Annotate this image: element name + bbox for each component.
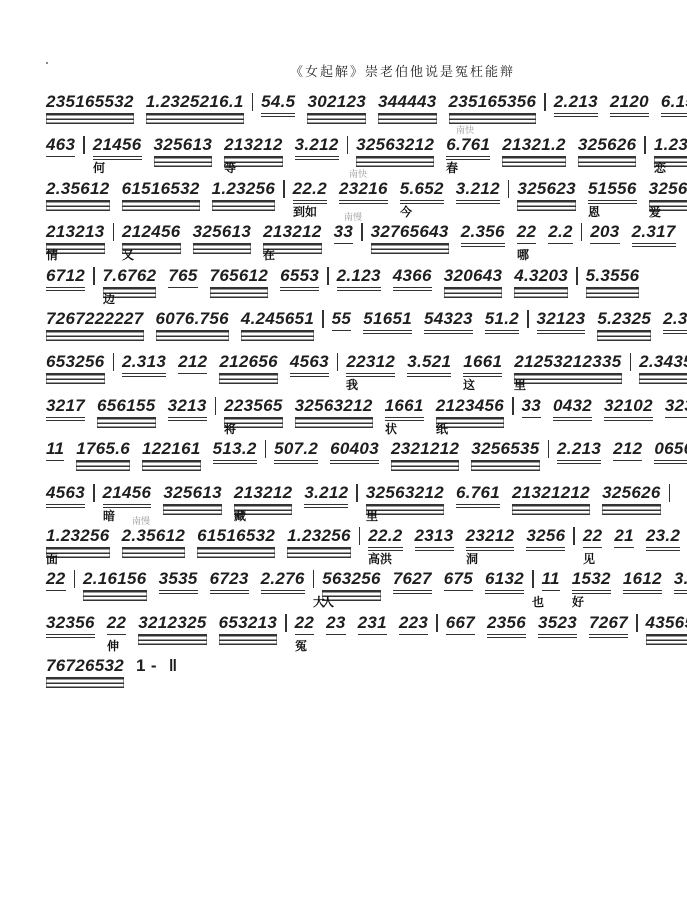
score-title: 《女起解》崇老伯他说是冤枉能辩 [290,61,515,80]
lyric-text: 里 [514,376,526,393]
barline [548,440,550,458]
note-group: 212456 [122,222,181,244]
lyric-text: 冤 [295,637,307,654]
note-group: 513.2 [213,439,257,464]
score-row: 222.16156353567232.276563256762767561321… [46,569,646,612]
note-group: 22.2 [293,179,327,204]
barline [512,397,514,415]
barline [322,310,324,328]
barline [532,570,534,588]
note-group: 325613 [193,222,252,244]
note-group: 2356 [487,613,526,638]
score-row: 6532562.3132122126564563223123.521166121… [46,352,646,395]
lyric-text: 里 [366,507,378,524]
lyric-text: 情 [46,246,58,263]
note-group: 3212325 [138,613,206,635]
notation-line: 21321321245632561321321233327656432.3562… [46,222,687,247]
lyric-text: 边 [103,290,115,307]
barline [215,397,217,415]
note-group: 3.521 [407,352,451,377]
barline [581,223,583,241]
note-group: 213212 [234,483,293,505]
note-group: 22 [46,569,66,591]
note-group: 212656 [219,352,278,374]
note-group: 6132 [485,569,524,594]
barline [74,570,76,588]
barline [283,180,285,198]
barline [347,136,349,154]
note-group: 213213 [46,222,105,244]
score-row: 3235622321232565321322232312236672356352… [46,613,646,656]
notation-line: 111765.6122161513.2507.26040323212123256… [46,439,687,464]
lyric-text: 恩 [588,203,600,220]
note-group: 653213 [219,613,278,635]
note-group: 2.34356 [639,352,687,374]
notation-line: 3217656155321322356532563212166121234563… [46,396,687,421]
note-group: 1612 [623,569,662,594]
notation-line: 222.16156353567232.276563256762767561321… [46,569,687,594]
note-group: 7267222227 [46,309,144,331]
note-group: 1.23256 [654,135,687,157]
barline [83,136,85,154]
barline [93,267,95,285]
score-row: 463214563256132132123.212325632126.76121… [46,135,646,178]
score-row: 111765.6122161513.2507.26040323212123256… [46,439,646,482]
note-group: 21 [614,526,634,548]
note-group: 2.35612 [46,179,110,201]
barline [636,614,638,632]
note-group: 6.156 [661,92,687,117]
note-group: 1 - [136,656,157,676]
barline [573,527,575,545]
note-group: 5.3556 [586,266,640,288]
note-group: 1532 [572,569,611,594]
note-group: 320643 [444,266,503,288]
notation-line: 1.232562.35612615165321.2325622.22313232… [46,526,687,551]
score-row: 67127.676276576561265532.12343663206434.… [46,266,646,309]
barline [337,353,339,371]
note-group: 122161 [142,439,201,461]
note-group: 2.213 [554,92,598,117]
note-group: 235165532 [46,92,134,114]
jianpu-score: 2351655321.2325216.154.53021233444432351… [46,92,646,699]
note-group: 76726532 [46,656,124,678]
note-group: 4563 [290,352,329,377]
note-group: 4366 [393,266,432,291]
note-group: 2.356 [461,222,505,247]
note-group: 32102 [604,396,653,421]
note-group: 23 [326,613,346,635]
note-group: 23212 [466,526,515,551]
notation-line: 6532562.3132122126564563223123.521166121… [46,352,687,377]
note-group: 2123456 [436,396,504,418]
note-group: 2.351 [663,309,687,334]
note-group: 22 [295,613,315,635]
note-group: 213212 [224,135,283,157]
note-group: 507.2 [274,439,318,464]
note-group: 653256 [46,352,105,374]
tempo-marking: 南快 [456,123,474,136]
note-group: 223 [399,613,428,635]
note-group: 3.212 [295,135,339,160]
lyric-text: 等 [224,159,236,176]
score-row: 21321321245632561321321233327656432.3562… [46,222,646,265]
score-row: 2351655321.2325216.154.53021233444432351… [46,92,646,135]
note-group: 0656 [654,439,687,464]
tempo-marking: 南慢 [344,210,362,223]
note-group: 32356 [46,613,95,638]
lyric-text: 将 [224,420,236,437]
barline [644,136,646,154]
note-group: 435656 [646,613,687,635]
tempo-marking: 南慢 [132,514,150,527]
note-group: 51.2 [485,309,519,334]
lyric-text: 何 [93,159,105,176]
note-group: 1.23256 [46,526,110,548]
score-row: 72672222276076.7564.24565155516515432351… [46,309,646,352]
note-group: 2313 [415,526,454,551]
note-group: 11 [46,439,64,461]
lyric-text: 好 [572,593,584,610]
lyric-text: 到如 [293,203,317,220]
note-group: 3.212 [304,483,348,508]
barline [527,310,529,328]
note-group: 22 [583,526,603,548]
notation-line: 72672222276076.7564.24565155516515432351… [46,309,687,334]
note-group: 61516532 [122,179,200,201]
barline [356,484,358,502]
note-group: 1661 [385,396,424,421]
score-row: 1.232562.35612615165321.2325622.22313232… [46,526,646,569]
note-group: 32123 [537,309,586,334]
note-group: 212 [178,352,207,374]
note-group: 2.2 [548,222,573,244]
note-group: 22312 [346,352,395,377]
note-group: 22 [517,222,537,244]
barline [361,223,363,241]
note-group: 21321.2 [502,135,566,157]
note-group: 3256 [526,526,565,551]
note-group: 22 [107,613,127,635]
barline [436,614,438,632]
lyric-text: 面 [46,550,58,567]
note-group: 563256 [322,569,381,591]
score-row: 3217656155321322356532563212166121234563… [46,396,646,439]
notation-line: 2351655321.2325216.154.53021233444432351… [46,92,687,117]
note-group: 2.35612 [122,526,186,548]
note-group: 656155 [97,396,156,418]
note-group: 0432 [553,396,592,421]
lyric-text: 藏 [234,507,246,524]
note-group: 325626 [602,483,661,505]
lyric-text: 在 [263,246,275,263]
note-group: 7.6762 [103,266,157,288]
note-group: 4563 [46,483,85,508]
lyric-text: 暗 [103,507,115,524]
barline [359,527,361,545]
note-group: 5.652 [400,179,444,204]
barline [327,267,329,285]
note-group: 325626 [578,135,637,157]
note-group: 6553 [280,266,319,291]
note-group: 212 [613,439,642,461]
note-group: 765612 [210,266,269,288]
note-group: 54323 [424,309,473,334]
note-group: 4.3203 [514,266,568,288]
note-group: 2.213 [557,439,601,464]
note-group: 344443 [378,92,437,114]
note-group: 6723 [210,569,249,594]
note-group: 54.5 [261,92,295,117]
lyric-text: 见 [583,550,595,567]
note-group: 32563212 [356,135,434,157]
notation-line: 4563214563256132132123.212325632126.7612… [46,483,678,508]
note-group: 463 [46,135,75,157]
note-group: 667 [446,613,475,635]
notation-line: 2.35612615165321.2325622.2232165.6523.21… [46,179,687,204]
note-group: 32765643 [371,222,449,244]
lyric-text: 纸 [436,420,448,437]
notation-line: 3235622321232565321322232312236672356352… [46,613,687,638]
barline [544,93,546,111]
note-group: 325623 [517,179,576,201]
note-group: 765 [168,266,197,288]
note-group: 23.2 [646,526,680,551]
barline [113,353,115,371]
note-group: 7627 [393,569,432,594]
note-group: 3.212 [456,179,500,204]
note-group: 32563212 [366,483,444,505]
notation-line: 767265321 -‖ [46,656,190,678]
note-group: 4.245651 [241,309,314,331]
note-group: 2.317 [632,222,676,247]
note-group: 2.16156 [83,569,147,591]
note-group: 51651 [363,309,412,334]
barline [113,223,115,241]
lyric-text: 爱 [649,203,661,220]
note-group: 3.212 [674,569,687,594]
note-group: 21321212 [512,483,590,505]
note-group: 7267 [589,613,628,638]
barline [252,93,254,111]
lyric-text: 也 [532,593,544,610]
note-group: 3217 [46,396,85,421]
note-group: 235165356 [449,92,537,114]
page-speck [46,62,48,64]
note-group: 1.23256 [212,179,276,201]
note-group: 32563212 [295,396,373,418]
note-group: 2.313 [122,352,166,377]
barline [93,484,95,502]
note-group: 21253212335 [514,352,621,374]
note-group: 61516532 [197,526,275,548]
note-group: 6.761 [446,135,490,160]
note-group: 1.2325216.1 [146,92,244,114]
note-group: 5.2325 [597,309,651,331]
note-group: 22.2 [368,526,402,551]
lyric-text: 洞 [466,550,478,567]
note-group: 675 [444,569,473,591]
note-group: 33 [522,396,542,418]
note-group: 21456 [103,483,152,508]
note-group: 6712 [46,266,85,291]
note-group: 3523 [538,613,577,638]
lyric-text: 春 [446,159,458,176]
note-group: 6.761 [456,483,500,508]
note-group: 21456 [93,135,142,160]
lyric-text: 我 [346,376,358,393]
lyric-text: 今 [400,203,412,220]
barline [576,267,578,285]
note-group: 3213 [168,396,207,421]
note-group: 33 [334,222,354,244]
note-group: 1661 [463,352,502,377]
note-group: 3535 [159,569,198,594]
note-group: 23216 [339,179,388,204]
score-row: 767265321 -‖ [46,656,646,699]
lyric-text: 人 [322,593,334,610]
note-group: 2.123 [337,266,381,291]
barline [265,440,267,458]
note-group: 223565 [224,396,283,418]
notation-line: 67127.676276576561265532.12343663206434.… [46,266,651,291]
lyric-text: 这 [463,376,475,393]
lyric-text: 又 [122,246,134,263]
barline [669,484,671,502]
final-barline: ‖ [169,656,178,676]
barline [508,180,510,198]
note-group: 55 [332,309,352,331]
barline [285,614,287,632]
lyric-text: 哪 [517,246,529,263]
note-group: 325613 [154,135,213,157]
lyric-text: 状 [385,420,397,437]
note-group: 6076.756 [156,309,229,331]
lyric-text: 恋 [654,159,666,176]
note-group: 51556 [588,179,637,204]
note-group: 1.23256 [287,526,351,548]
note-group: 302123 [307,92,366,114]
note-group: 203 [590,222,619,244]
note-group: 325613 [649,179,687,201]
barline [313,570,315,588]
lyric-text: 高洪 [368,550,392,567]
note-group: 3256535 [471,439,539,461]
note-group: 323 [665,396,687,418]
note-group: 11 [542,569,560,591]
barline [630,353,632,371]
note-group: 2321212 [391,439,459,461]
note-group: 2.276 [261,569,305,594]
tempo-marking: 南快 [349,167,367,180]
note-group: 60403 [330,439,379,464]
note-group: 1765.6 [76,439,130,461]
note-group: 231 [358,613,387,635]
note-group: 213212 [263,222,322,244]
note-group: 325613 [163,483,222,505]
note-group: 2120 [610,92,649,117]
notation-line: 463214563256132132123.212325632126.76121… [46,135,687,160]
lyric-text: 伸 [107,637,119,654]
